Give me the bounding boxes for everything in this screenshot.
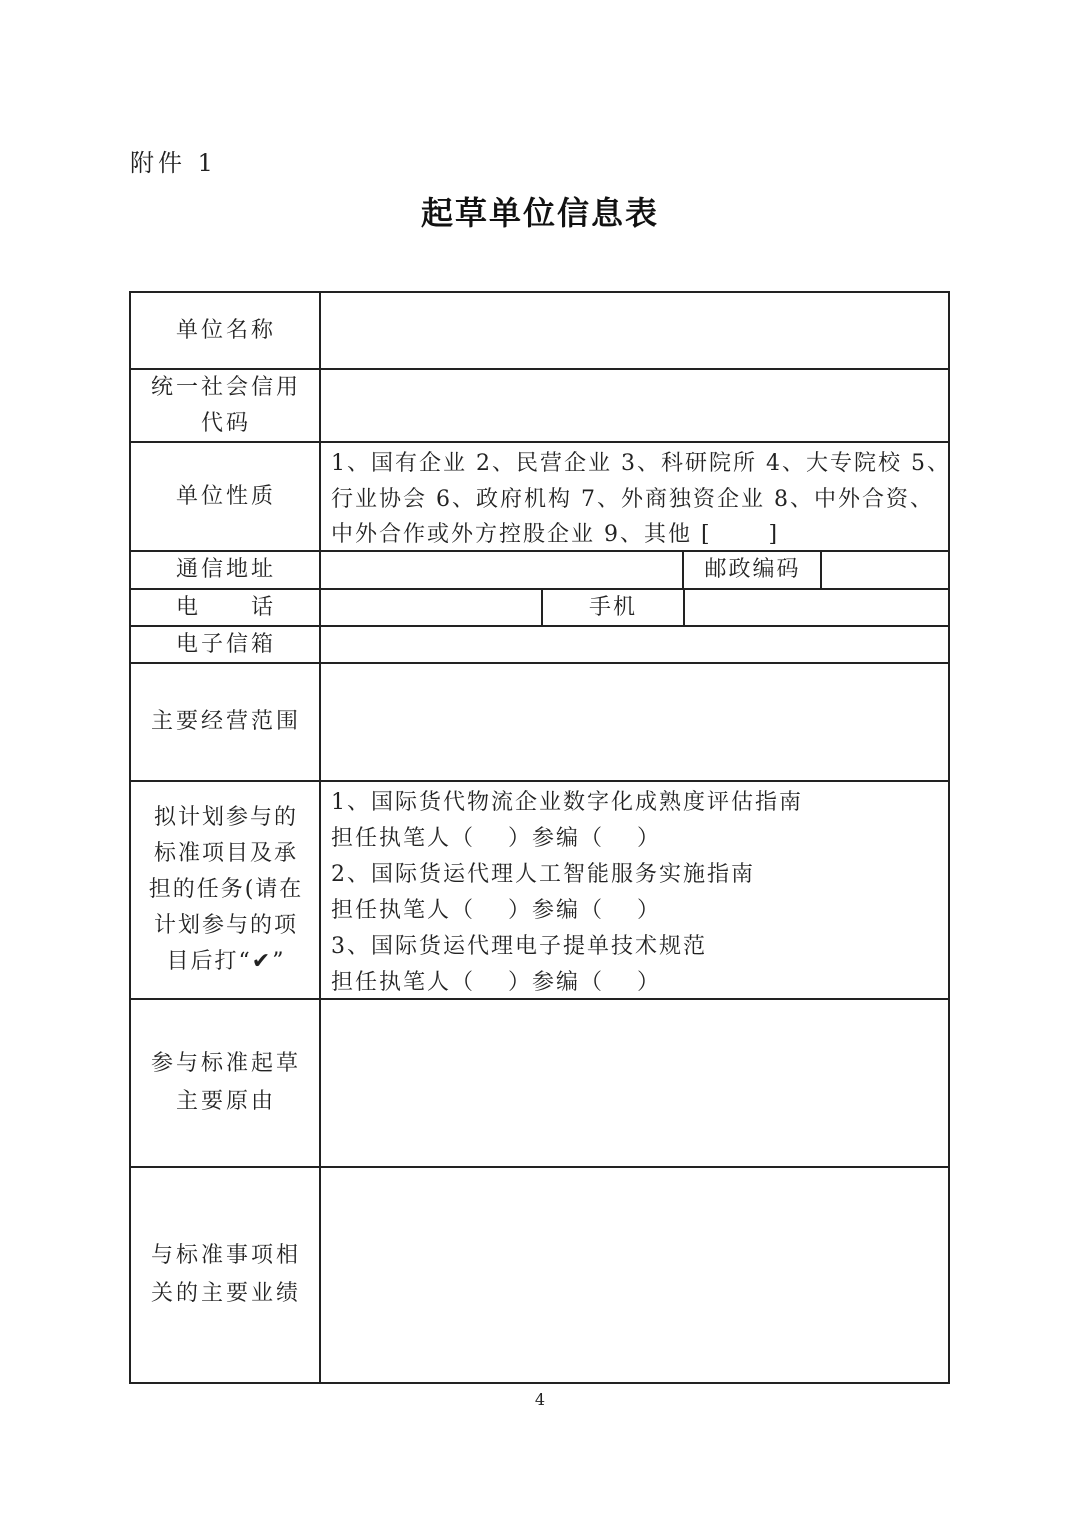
phone-field[interactable] — [321, 590, 540, 625]
unit-name-field[interactable] — [321, 293, 948, 368]
credit-code-label-line2: 代码 — [201, 406, 251, 442]
credit-code-label-line1: 统一社会信用 — [151, 370, 301, 406]
unit-type-options-line3[interactable]: 中外合作或外方控股企业 9、其他 [ ] — [331, 517, 779, 553]
achievements-label-line1: 与标准事项相 — [151, 1237, 301, 1275]
info-form-table: 单位名称 统一社会信用 代码 单位性质 1、国有企业 2、民营企业 3、科研院所… — [129, 291, 950, 1384]
business-scope-label: 主要经营范围 — [131, 664, 321, 780]
page-number: 4 — [0, 1390, 1080, 1409]
reason-label-line1: 参与标准起草 — [151, 1045, 301, 1083]
reason-label: 参与标准起草 主要原由 — [131, 1000, 321, 1166]
credit-code-label: 统一社会信用 代码 — [131, 370, 321, 441]
email-label: 电子信箱 — [131, 627, 321, 662]
unit-type-label: 单位性质 — [131, 443, 321, 550]
projects-label-line2: 标准项目及承 — [154, 836, 298, 872]
projects-label: 拟计划参与的 标准项目及承 担的任务(请在 计划参与的项 目后打“✔” — [131, 782, 321, 998]
achievements-field[interactable] — [321, 1168, 948, 1382]
achievements-label-line2: 关的主要业绩 — [151, 1275, 301, 1313]
credit-code-field[interactable] — [321, 370, 948, 441]
unit-type-options-line1: 1、国有企业 2、民营企业 3、科研院所 4、大专院校 5、 — [331, 446, 951, 482]
address-label: 通信地址 — [131, 552, 321, 588]
unit-type-options-line2: 行业协会 6、政府机构 7、外商独资企业 8、中外合资、 — [331, 482, 934, 518]
postcode-label: 邮政编码 — [684, 552, 821, 588]
achievements-label: 与标准事项相 关的主要业绩 — [131, 1168, 321, 1382]
project-3-title: 3、国际货运代理电子提单技术规范 — [331, 929, 707, 965]
projects-label-line3: 担的任务(请在 — [149, 872, 304, 908]
reason-field[interactable] — [321, 1000, 948, 1166]
postcode-field[interactable] — [822, 552, 948, 588]
projects-label-line5: 目后打“✔” — [167, 944, 286, 980]
project-2-roles[interactable]: 担任执笔人（ ）参编（ ） — [331, 893, 661, 929]
project-3-roles[interactable]: 担任执笔人（ ）参编（ ） — [331, 965, 661, 1001]
address-field[interactable] — [321, 552, 681, 588]
mobile-field[interactable] — [685, 590, 948, 625]
phone-label: 电 话 — [131, 590, 321, 625]
business-scope-field[interactable] — [321, 664, 948, 780]
page-title: 起草单位信息表 — [0, 188, 1080, 234]
projects-label-line4: 计划参与的项 — [154, 908, 298, 944]
mobile-label: 手机 — [543, 590, 683, 626]
reason-label-line2: 主要原由 — [176, 1083, 276, 1121]
attachment-label: 附件 1 — [130, 143, 217, 178]
projects-label-line1: 拟计划参与的 — [154, 800, 298, 836]
project-1-roles[interactable]: 担任执笔人（ ）参编（ ） — [331, 821, 661, 857]
email-field[interactable] — [321, 627, 948, 662]
project-2-title: 2、国际货运代理人工智能服务实施指南 — [331, 857, 755, 893]
unit-name-label: 单位名称 — [131, 293, 321, 368]
project-1-title: 1、国际货代物流企业数字化成熟度评估指南 — [331, 785, 803, 821]
